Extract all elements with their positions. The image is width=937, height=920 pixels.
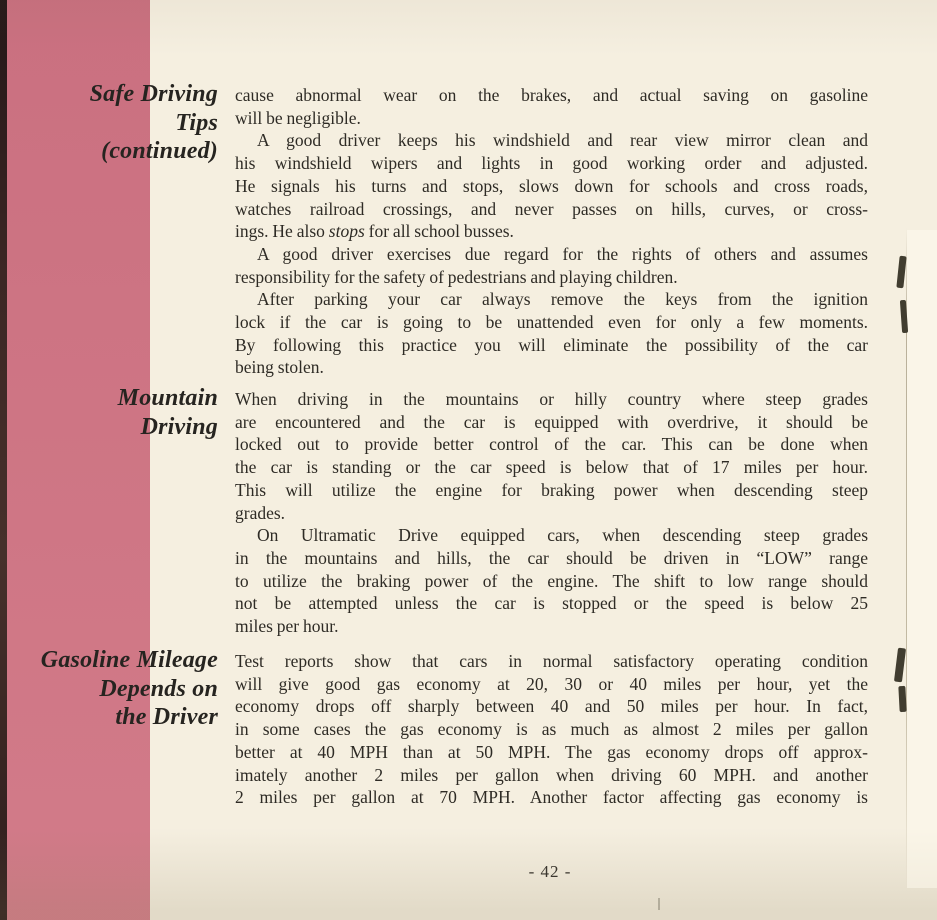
text-line: 2 miles per gallon at 70 MPH. Another fa… (235, 786, 868, 809)
text-line: This will utilize the engine for braking… (235, 479, 868, 502)
binding-mark (898, 686, 906, 712)
sections-container: Safe DrivingTips(continued)cause abnorma… (0, 84, 880, 809)
section-heading: Safe DrivingTips(continued) (0, 80, 218, 166)
heading-line: Driving (0, 413, 218, 442)
text-line: A good driver keeps his windshield and r… (235, 129, 868, 152)
text-line: being stolen. (235, 356, 868, 379)
manual-page: Safe DrivingTips(continued)cause abnorma… (0, 0, 937, 920)
text-line: A good driver exercises due regard for t… (235, 243, 868, 266)
body-column: cause abnormal wear on the brakes, and a… (235, 84, 868, 379)
binding-mark (894, 648, 906, 683)
text-line: On Ultramatic Drive equipped cars, when … (235, 524, 868, 547)
text-line: lock if the car is going to be unattende… (235, 311, 868, 334)
text-line: cause abnormal wear on the brakes, and a… (235, 84, 868, 107)
text-line: not be attempted unless the car is stopp… (235, 592, 868, 615)
text-line: will give good gas economy at 20, 30 or … (235, 673, 868, 696)
text-line: are encountered and the car is equipped … (235, 411, 868, 434)
text-line: in some cases the gas economy is as much… (235, 718, 868, 741)
scan-smudge (658, 898, 660, 910)
text-line: locked out to provide better control of … (235, 433, 868, 456)
section: Gasoline MileageDepends onthe DriverTest… (0, 650, 880, 809)
text-line: ings. He also stops for all school busse… (235, 220, 868, 243)
heading-line: Mountain (0, 384, 218, 413)
heading-line: Safe Driving (0, 80, 218, 109)
heading-line: Tips (0, 109, 218, 138)
text-line: Test reports show that cars in normal sa… (235, 650, 868, 673)
section-heading: MountainDriving (0, 384, 218, 441)
body-column: Test reports show that cars in normal sa… (235, 650, 868, 809)
page-number: - 42 - (460, 862, 640, 882)
text-line: He signals his turns and stops, slows do… (235, 175, 868, 198)
heading-line: (continued) (0, 137, 218, 166)
text-line: better at 40 MPH than at 50 MPH. The gas… (235, 741, 868, 764)
next-page-edge (907, 230, 937, 888)
text-line: responsibility for the safety of pedestr… (235, 266, 868, 289)
section: Safe DrivingTips(continued)cause abnorma… (0, 84, 880, 388)
text-line: grades. (235, 502, 868, 525)
body-column: When driving in the mountains or hilly c… (235, 388, 868, 638)
text-line: economy drops off sharply between 40 and… (235, 695, 868, 718)
heading-line: the Driver (0, 703, 218, 732)
text-line: will be negligible. (235, 107, 868, 130)
text-line: his windshield wipers and lights in good… (235, 152, 868, 175)
text-line: in the mountains and hills, the car shou… (235, 547, 868, 570)
text-line: watches railroad crossings, and never pa… (235, 198, 868, 221)
heading-line: Gasoline Mileage (0, 646, 218, 675)
text-line: When driving in the mountains or hilly c… (235, 388, 868, 411)
text-line: By following this practice you will elim… (235, 334, 868, 357)
section-heading: Gasoline MileageDepends onthe Driver (0, 646, 218, 732)
text-line: imately another 2 miles per gallon when … (235, 764, 868, 787)
text-line: miles per hour. (235, 615, 868, 638)
text-line: to utilize the braking power of the engi… (235, 570, 868, 593)
text-line: After parking your car always remove the… (235, 288, 868, 311)
heading-line: Depends on (0, 675, 218, 704)
text-line: the car is standing or the car speed is … (235, 456, 868, 479)
section: MountainDrivingWhen driving in the mount… (0, 388, 880, 650)
